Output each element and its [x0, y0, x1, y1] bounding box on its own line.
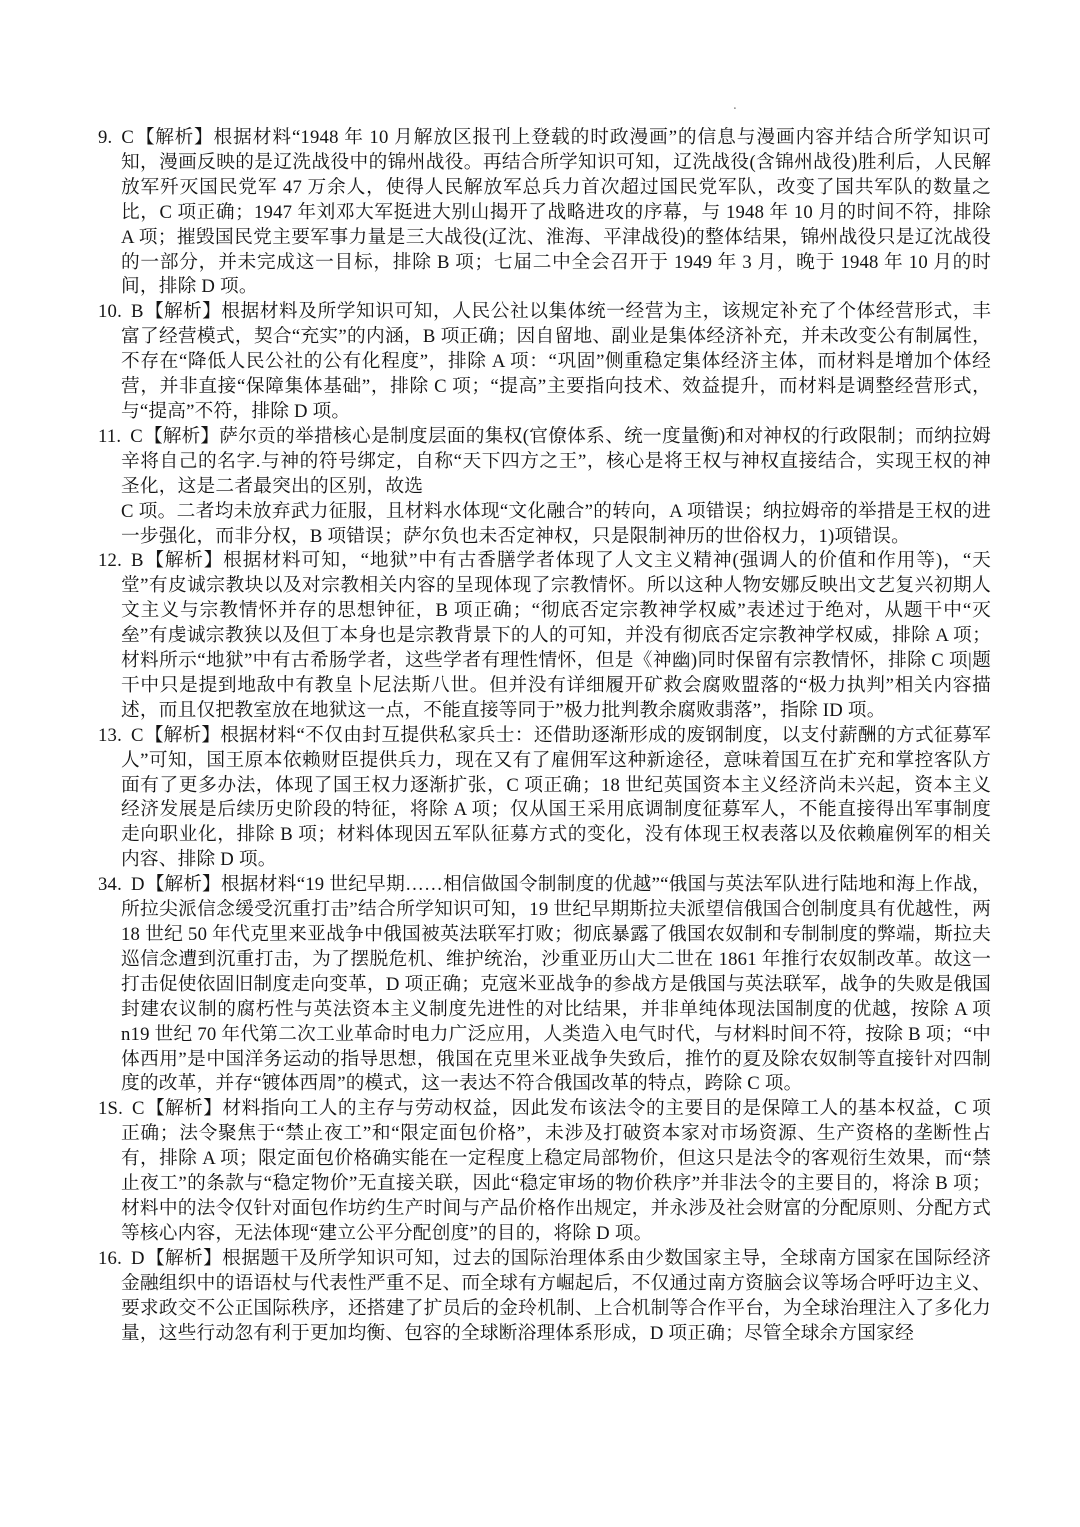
- analysis-text: 根据题干及所学知识可知，过去的国际治理体系由少数国家主导，全球南方国家在国际经济…: [121, 1248, 991, 1344]
- item-answer-letter: B: [131, 301, 144, 322]
- analysis-label: 【解析】: [135, 127, 213, 148]
- item-number: 34.: [98, 874, 122, 895]
- analysis-text: 根据材料“19 世纪早期……相信做国令制制度的优越”“俄国与英法军队进行陆地和海…: [121, 874, 991, 1094]
- answer-paragraph: 12.B【解析】根据材料可知，“地狱”中有古香膳学者体现了人文主义精神(强调人的…: [98, 549, 991, 723]
- analysis-text: 根据材料“不仅由封互提供私家兵士：还借助逐渐形成的废钢制度，以支付薪酬的方式征募…: [121, 725, 991, 871]
- analysis-label: 【解析】: [145, 725, 221, 746]
- analysis-label: 【解析】: [146, 874, 221, 895]
- analysis-text: 材料指向工人的主存与劳动权益，因此发布该法令的主要目的是保障工人的基本权益，C …: [121, 1098, 991, 1244]
- item-number: 13.: [98, 725, 122, 746]
- answer-item-12: 12.B【解析】根据材料可知，“地狱”中有古香膳学者体现了人文主义精神(强调人的…: [98, 549, 991, 723]
- item-number: 9.: [98, 127, 112, 148]
- answer-item-13: 13.C【解析】根据材料“不仅由封互提供私家兵士：还借助逐渐形成的废钢制度，以支…: [98, 724, 991, 873]
- answer-paragraph: 13.C【解析】根据材料“不仅由封互提供私家兵士：还借助逐渐形成的废钢制度，以支…: [98, 724, 991, 873]
- analysis-text: 根据材料及所学知识可知，人民公社以集体统一经营为主，该规定补充了个体经营形式，丰…: [121, 301, 991, 422]
- analysis-label: 【解析】: [145, 550, 224, 571]
- analysis-label: 【解析】: [146, 1248, 222, 1269]
- analysis-label: 【解析】: [144, 426, 219, 447]
- answer-paragraph: 9.C【解析】根据材料“1948 年 10 月解放区报刊上登载的时政漫画”的信息…: [98, 126, 991, 300]
- answer-paragraph: 16.D【解析】根据题干及所学知识可知，过去的国际治理体系由少数国家主导，全球南…: [98, 1247, 991, 1347]
- item-answer-letter: C: [132, 1098, 145, 1119]
- answer-paragraph: 1S.C【解析】材料指向工人的主存与劳动权益，因此发布该法令的主要目的是保障工人…: [98, 1097, 991, 1246]
- answer-list: 9.C【解析】根据材料“1948 年 10 月解放区报刊上登载的时政漫画”的信息…: [98, 126, 991, 1346]
- analysis-text: 萨尔贡的举措核心是制度层面的集权(官僚体系、统一度量衡)和对神权的行政限制；而纳…: [121, 426, 991, 497]
- answer-item-11: 11.C【解析】萨尔贡的举措核心是制度层面的集权(官僚体系、统一度量衡)和对神权…: [98, 425, 991, 550]
- answer-item-34: 34.D【解析】根据材料“19 世纪早期……相信做国令制制度的优越”“俄国与英法…: [98, 873, 991, 1097]
- item-answer-letter: D: [131, 874, 145, 895]
- analysis-text: 根据材料“1948 年 10 月解放区报刊上登载的时政漫画”的信息与漫画内容并结…: [121, 127, 991, 297]
- item-number: 16.: [98, 1248, 122, 1269]
- answer-item-16: 16.D【解析】根据题干及所学知识可知，过去的国际治理体系由少数国家主导，全球南…: [98, 1247, 991, 1347]
- item-answer-letter: B: [131, 550, 144, 571]
- answer-item-15: 1S.C【解析】材料指向工人的主存与劳动权益，因此发布该法令的主要目的是保障工人…: [98, 1097, 991, 1246]
- analysis-text: 根据材料可知，“地狱”中有古香膳学者体现了人文主义精神(强调人的价值和作用等)，…: [121, 550, 991, 720]
- item-number: 11.: [98, 426, 121, 447]
- answer-item-9: 9.C【解析】根据材料“1948 年 10 月解放区报刊上登载的时政漫画”的信息…: [98, 126, 991, 300]
- answer-item-10: 10.B【解析】根据材料及所学知识可知，人民公社以集体统一经营为主，该规定补充了…: [98, 300, 991, 425]
- item-number: 1S.: [98, 1098, 123, 1119]
- analysis-label: 【解析】: [145, 301, 222, 322]
- answer-key-page: . 9.C【解析】根据材料“1948 年 10 月解放区报刊上登载的时政漫画”的…: [0, 0, 1080, 1527]
- analysis-label: 【解析】: [146, 1098, 223, 1119]
- analysis-text-continued: C 项。二者均未放弃武力征服，且材料水体现“文化融合”的转向，A 项错误；纳拉姆…: [121, 501, 991, 547]
- item-answer-letter: C: [131, 725, 144, 746]
- item-answer-letter: D: [131, 1248, 145, 1269]
- item-answer-letter: C: [121, 127, 134, 148]
- item-number: 12.: [98, 550, 122, 571]
- item-number: 10.: [98, 301, 122, 322]
- answer-paragraph-continued: C 项。二者均未放弃武力征服，且材料水体现“文化融合”的转向，A 项错误；纳拉姆…: [98, 500, 991, 550]
- stray-mark: .: [733, 98, 737, 113]
- answer-paragraph: 11.C【解析】萨尔贡的举措核心是制度层面的集权(官僚体系、统一度量衡)和对神权…: [98, 425, 991, 500]
- item-answer-letter: C: [130, 426, 143, 447]
- answer-paragraph: 34.D【解析】根据材料“19 世纪早期……相信做国令制制度的优越”“俄国与英法…: [98, 873, 991, 1097]
- answer-paragraph: 10.B【解析】根据材料及所学知识可知，人民公社以集体统一经营为主，该规定补充了…: [98, 300, 991, 425]
